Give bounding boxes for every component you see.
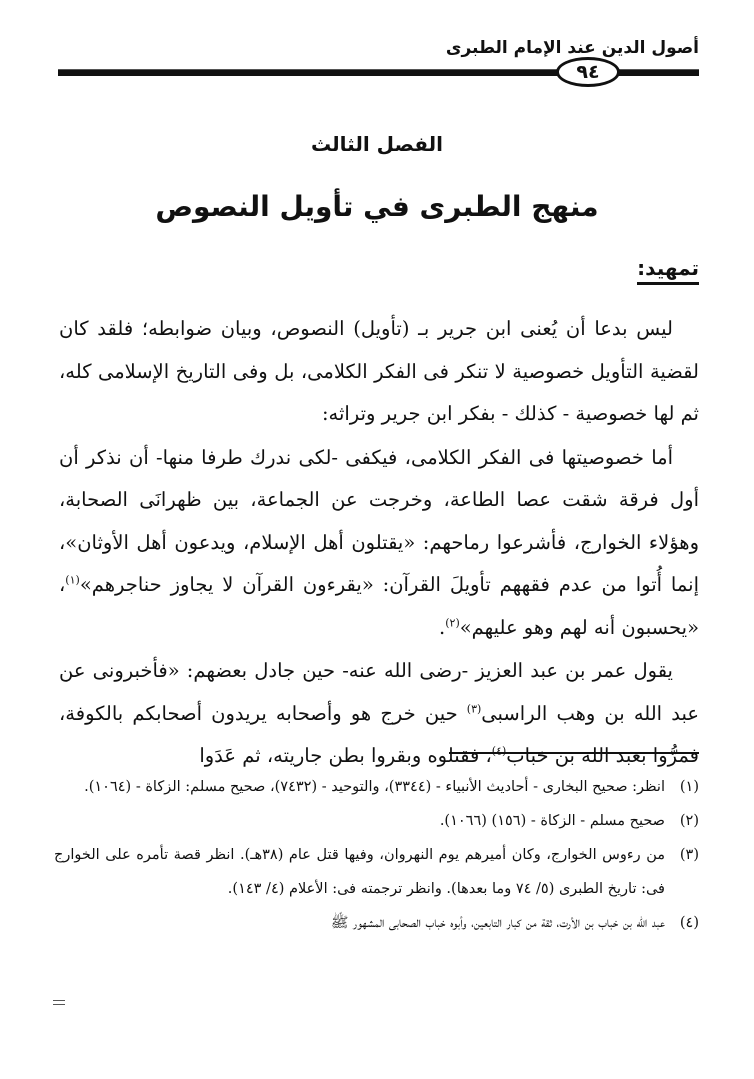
continuation-mark-icon [53,1000,65,1005]
footnote-number: (٣) [665,838,699,906]
page-number: ٩٤ [576,61,599,83]
chapter-title: منهج الطبرى في تأويل النصوص [0,190,754,223]
footnotes: (١) انظر: صحيح البخارى - أحاديث الأنبياء… [54,770,699,940]
footnote-text: من رءوس الخوارج، وكان أميرهم يوم النهروا… [54,838,665,906]
chapter-label: الفصل الثالث [0,132,754,156]
running-title: أصول الدين عند الإمام الطبرى [446,38,699,58]
book-page: أصول الدين عند الإمام الطبرى ٩٤ الفصل ال… [0,0,754,1079]
footnote-number: (٢) [665,804,699,838]
footnote-4: (٤) عبد الله بن خباب بن الأرت، ثقة من كب… [54,906,699,940]
footnote-text: صحيح مسلم - الزكاة - (١٥٦) (١٠٦٦). [54,804,665,838]
footnote-ref[interactable]: (٣) [467,702,482,715]
footnote-ref[interactable]: (٤) [492,745,507,758]
section-heading: تمهيد: [637,255,699,285]
paragraph-1: ليس بدعا أن يُعنى ابن جرير بـ (تأويل) ال… [59,308,699,436]
footnote-ref[interactable]: (١) [65,574,80,587]
footnote-number: (٤) [665,906,699,940]
paragraph-text: أما خصوصيتها فى الفكر الكلامى، فيكفى -لك… [59,446,699,597]
paragraph-text: ليس بدعا أن يُعنى ابن جرير بـ (تأويل) ال… [59,317,699,425]
paragraph-3: يقول عمر بن عبد العزيز -رضى الله عنه- حي… [59,650,699,778]
footnote-2: (٢) صحيح مسلم - الزكاة - (١٥٦) (١٠٦٦). [54,804,699,838]
footnote-text: انظر: صحيح البخارى - أحاديث الأنبياء - (… [54,770,665,804]
footnote-number: (١) [665,770,699,804]
page-number-badge: ٩٤ [556,57,620,87]
footnote-3: (٣) من رءوس الخوارج، وكان أميرهم يوم الن… [54,838,699,906]
footnote-1: (١) انظر: صحيح البخارى - أحاديث الأنبياء… [54,770,699,804]
paragraph-text: ، فقتلوه وبقروا بطن جاريته، ثم عَدَوا [199,744,491,767]
footnote-separator [449,752,699,754]
footnote-ref[interactable]: (٢) [445,616,460,629]
body-text: ليس بدعا أن يُعنى ابن جرير بـ (تأويل) ال… [59,308,699,778]
footnote-text: عبد الله بن خباب بن الأرت، ثقة من كبار ا… [54,906,665,940]
paragraph-2: أما خصوصيتها فى الفكر الكلامى، فيكفى -لك… [59,437,699,650]
